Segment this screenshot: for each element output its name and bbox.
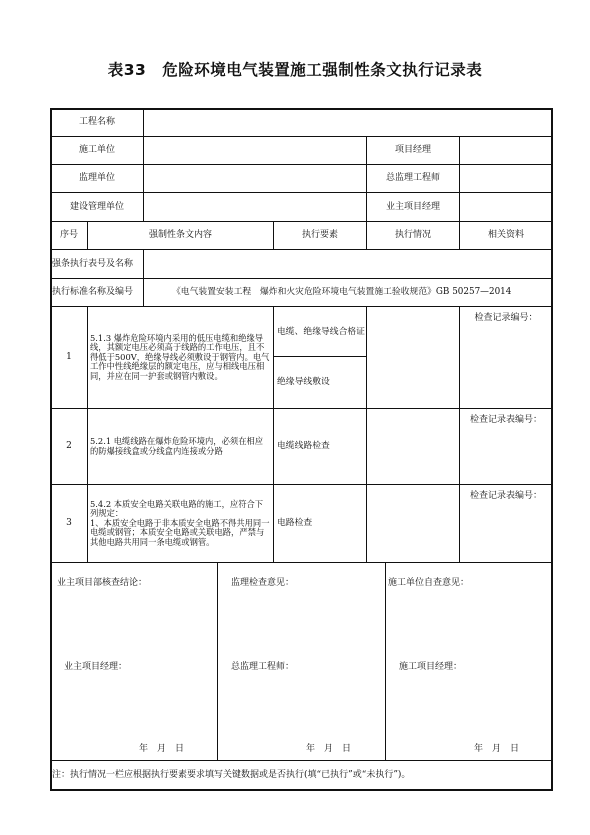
footnote: 注：执行情况一栏应根据执行要素要求填写关键数据或是否执行(填“已执行”或“未执行… — [50, 760, 553, 791]
col-header-status: 执行情况 — [366, 221, 460, 250]
row-3-clause: 5.4.2 本质安全电路关联电路的施工，应符合下列规定： 1、本质安全电路于非本… — [87, 484, 274, 563]
owner-pm-signature-label: 业主项目经理： — [64, 659, 127, 672]
row-1-element-1: 电缆、绝缘导线合格证 — [273, 306, 367, 357]
row-1-element-2: 绝缘导线敷设 — [273, 356, 367, 409]
contractor-date-label: 年 月 日 — [474, 741, 519, 754]
row-1-seq: 1 — [50, 306, 88, 409]
owner-review-heading: 业主项目部核查结论： — [57, 575, 147, 588]
col-header-content: 强制性条文内容 — [87, 221, 274, 250]
chief-supervisor-field[interactable] — [459, 164, 553, 193]
owner-pm-label: 业主项目经理 — [366, 192, 460, 222]
row-3-status-field[interactable] — [366, 484, 460, 563]
row-3-materials[interactable]: 检查记录表编号： — [459, 484, 553, 563]
row-2-clause: 5.2.1 电缆线路在爆炸危险环境内，必须在相应的防爆接线盒或分线盒内连接或分路 — [87, 408, 274, 485]
row-2-status-field[interactable] — [366, 408, 460, 485]
construction-pm-signature-label: 施工项目经理： — [399, 659, 462, 672]
owner-review-block[interactable]: 业主项目部核查结论： 业主项目经理： 年 月 日 — [50, 562, 218, 761]
row-1-materials[interactable]: 检查记录编号： — [459, 306, 553, 409]
standard-label: 执行标准名称及编号 — [50, 278, 144, 307]
row-2-element-1: 电缆线路检查 — [273, 408, 367, 485]
row-1-status-field[interactable] — [366, 306, 460, 409]
col-header-elements: 执行要素 — [273, 221, 367, 250]
construction-unit-label: 施工单位 — [50, 136, 144, 165]
chief-supervisor-label: 总监理工程师 — [366, 164, 460, 193]
row-1-clause: 5.1.3 爆炸危险环境内采用的低压电缆和绝缘导线，其额定电压必须高于线路的工作… — [87, 306, 274, 409]
project-name-label: 工程名称 — [50, 108, 144, 137]
standard-value: 《电气装置安装工程 爆炸和火灾危险环境电气装置施工验收规范》GB 50257—2… — [143, 278, 553, 307]
row-2-materials[interactable]: 检查记录表编号： — [459, 408, 553, 485]
contractor-review-heading: 施工单位自查意见： — [388, 575, 469, 588]
project-name-field[interactable] — [143, 108, 553, 137]
row-3-element-1: 电路检查 — [273, 484, 367, 563]
contractor-review-block[interactable]: 施工单位自查意见： 施工项目经理： 年 月 日 — [385, 562, 553, 761]
project-manager-label: 项目经理 — [366, 136, 460, 165]
col-header-materials: 相关资料 — [459, 221, 553, 250]
owner-unit-field[interactable] — [143, 192, 367, 222]
owner-date-label: 年 月 日 — [139, 741, 184, 754]
row-3-seq: 3 — [50, 484, 88, 563]
supervision-review-block[interactable]: 监理检查意见： 总监理工程师： 年 月 日 — [217, 562, 386, 761]
page-title: 表33 危险环境电气装置施工强制性条文执行记录表 — [0, 58, 590, 80]
col-header-seq: 序号 — [50, 221, 88, 250]
owner-unit-label: 建设管理单位 — [50, 192, 144, 222]
table-no-label: 强条执行表号及名称 — [50, 249, 144, 279]
owner-pm-field[interactable] — [459, 192, 553, 222]
project-manager-field[interactable] — [459, 136, 553, 165]
row-2-seq: 2 — [50, 408, 88, 485]
table-no-field[interactable] — [143, 249, 553, 279]
construction-unit-field[interactable] — [143, 136, 367, 165]
supervision-unit-field[interactable] — [143, 164, 367, 193]
supervision-date-label: 年 月 日 — [306, 741, 351, 754]
chief-supervisor-signature-label: 总监理工程师： — [231, 659, 294, 672]
supervision-unit-label: 监理单位 — [50, 164, 144, 193]
supervision-review-heading: 监理检查意见： — [231, 575, 294, 588]
